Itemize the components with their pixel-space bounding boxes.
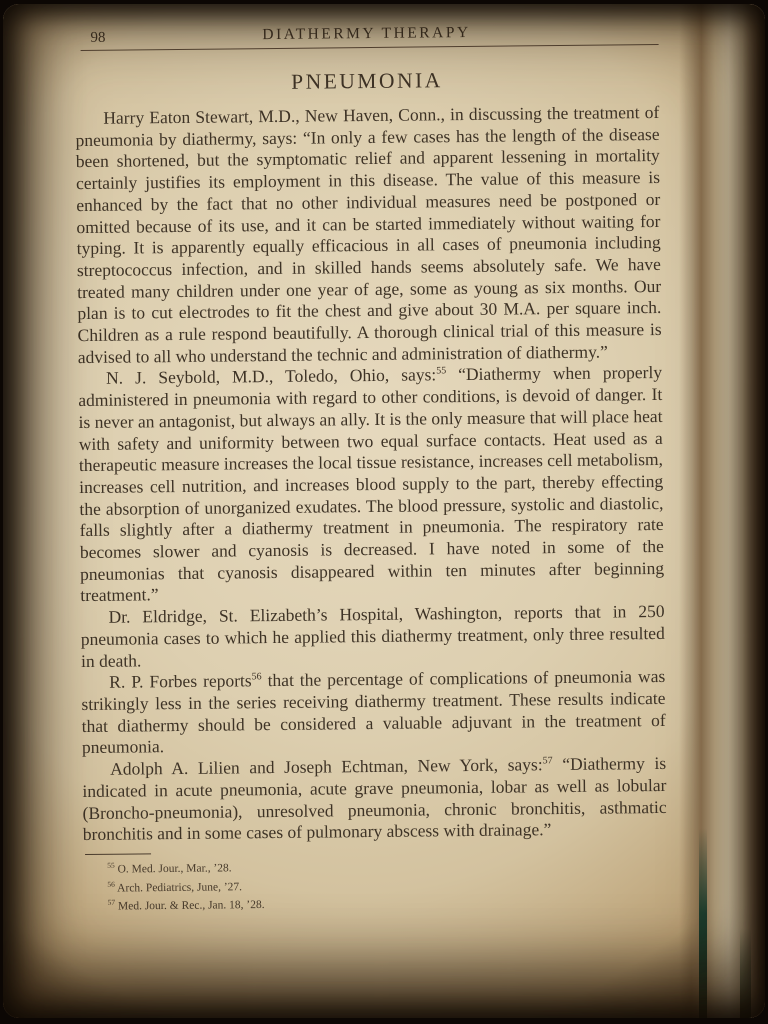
footnotes-container: 55 O. Med. Jour., Mar., ’28.56 Arch. Ped…	[107, 853, 668, 915]
page-content: 98 DIATHERMY THERAPY PNEUMONIA Harry Eat…	[74, 17, 667, 915]
paragraph: R. P. Forbes reports56 that the percenta…	[81, 666, 666, 759]
paragraphs-container: Harry Eaton Stewart, M.D., New Haven, Co…	[75, 102, 667, 846]
paragraph: Adolph A. Lilien and Joseph Echtman, New…	[82, 753, 667, 846]
page-edge-curl	[679, 4, 765, 1018]
paragraph: Dr. Eldridge, St. Elizabeth’s Hospital, …	[80, 601, 665, 672]
running-title: DIATHERMY THERAPY	[74, 17, 658, 46]
footnote-ref: 55	[436, 366, 446, 377]
book-photo: 98 DIATHERMY THERAPY PNEUMONIA Harry Eat…	[0, 0, 768, 1024]
page-header: 98 DIATHERMY THERAPY	[74, 17, 658, 55]
book-cover-green-strip	[699, 828, 707, 1018]
book-cover-green-strip	[740, 928, 751, 1018]
footnote-ref: 56	[252, 672, 262, 683]
footnote-marker: 55	[107, 861, 115, 870]
footnote-ref: 57	[543, 755, 553, 766]
paragraph: N. J. Seybold, M.D., Toledo, Ohio, says:…	[78, 362, 664, 607]
footnote-rule	[85, 853, 151, 855]
footnote-marker: 56	[107, 879, 115, 888]
paragraph: Harry Eaton Stewart, M.D., New Haven, Co…	[75, 102, 662, 369]
section-title: PNEUMONIA	[75, 66, 659, 97]
footnote-marker: 57	[108, 898, 116, 907]
book-page: 98 DIATHERMY THERAPY PNEUMONIA Harry Eat…	[3, 4, 765, 1018]
page-number: 98	[90, 30, 105, 47]
